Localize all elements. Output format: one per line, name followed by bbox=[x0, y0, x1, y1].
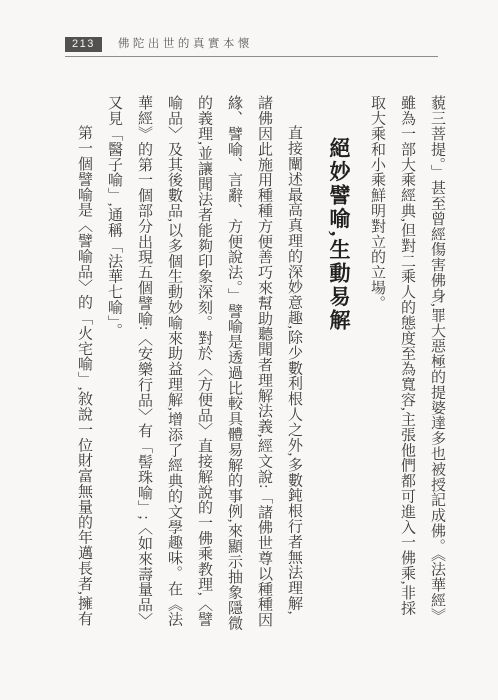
text-column: 又見「醫子喻」,通稱「法華七喻」。 bbox=[99, 95, 129, 651]
book-page: 213 佛陀出世的真實本懷 藐三菩提。」甚至曾經傷害佛身,罪大惡極的提婆達多也被… bbox=[0, 0, 498, 700]
text-column: 取大乘和小乘鮮明對立的立場。 bbox=[362, 95, 392, 651]
text-column: 華經》的第一個部分出現五個譬喻:〈安樂行品〉有「髻珠喻」;〈如來壽量品〉 bbox=[129, 95, 159, 651]
text-column: 的義理,並讓聞法者能夠印象深刻。對於〈方便品〉直接解說的一佛乘教理,〈譬 bbox=[189, 95, 219, 651]
running-head: 213 佛陀出世的真實本懷 bbox=[65, 37, 438, 57]
text-column: 直接闡述最高真理的深妙意趣,除少數利根人之外,多數鈍根行者無法理解, bbox=[279, 95, 309, 651]
running-head-title: 佛陀出世的真實本懷 bbox=[118, 37, 253, 52]
section-heading: 絕妙譬喻,生動易解 bbox=[325, 95, 352, 651]
text-column: 諸佛因此施用種種方便善巧來幫助聽聞者理解法義,經文說:「諸佛世尊以種種因 bbox=[249, 95, 279, 651]
body-text: 藐三菩提。」甚至曾經傷害佛身,罪大惡極的提婆達多也被授記成佛。《法華經》 雖為一… bbox=[69, 95, 452, 651]
text-column: 雖為一部大乘經典,但對二乘人的態度至為寬容,主張他們都可進入一佛乘,非採 bbox=[392, 95, 422, 651]
text-column: 緣、譬喻、言辭、方便說法。」譬喻是透過比較具體易解的事例,來顯示抽象隱微 bbox=[219, 95, 249, 651]
text-column: 喻品〉及其後數品,以多個生動妙喻來助益理解,增添了經典的文學趣味。在《法 bbox=[159, 95, 189, 651]
text-column: 第一個譬喻是〈譬喻品〉的「火宅喻」,敘說一位財富無量的年邁長者,擁有 bbox=[69, 95, 99, 651]
running-head-divider bbox=[65, 56, 438, 57]
text-column: 藐三菩提。」甚至曾經傷害佛身,罪大惡極的提婆達多也被授記成佛。《法華經》 bbox=[422, 95, 452, 651]
page-number-badge: 213 bbox=[65, 37, 102, 52]
